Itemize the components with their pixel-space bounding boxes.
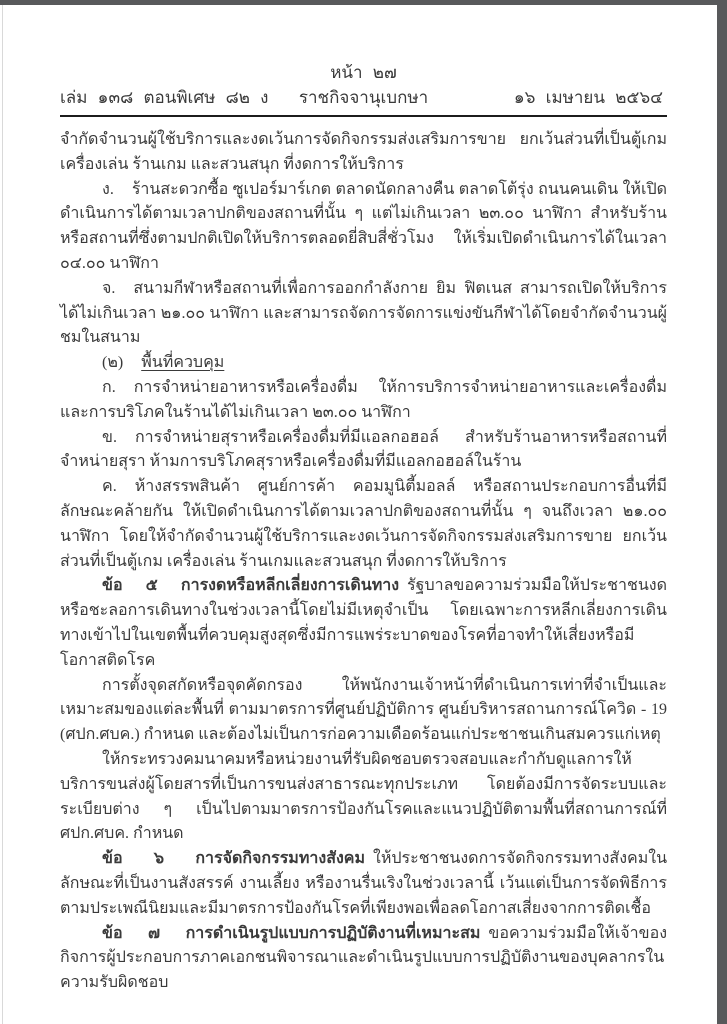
paragraph-text: การจำหน่ายสุราหรือเครื่องดื่มที่มีแอลกอฮ… xyxy=(60,429,667,471)
paragraph-text: การตั้งจุดสกัดหรือจุดคัดกรอง ให้พนักงานเ… xyxy=(60,677,667,744)
paragraph-text: ห้างสรรพสินค้า ศูนย์การค้า คอมมูนิตี้มอล… xyxy=(60,478,667,569)
clause-item-ngo: ง.ร้านสะดวกซื้อ ซูเปอร์มาร์เกต ตลาดนัดกล… xyxy=(60,178,667,277)
document-body: จำกัดจำนวนผู้ใช้บริการและงดเว้นการจัดกิจ… xyxy=(60,128,667,996)
gazette-page: { "header": { "page_label": "หน้า ๒๗", "… xyxy=(0,0,727,1024)
scan-left-hairline xyxy=(2,5,3,1024)
clause-item-khokhwai: ค.ห้างสรรพสินค้า ศูนย์การค้า คอมมูนิตี้ม… xyxy=(60,475,667,574)
article-6: ข้อ ๖ การจัดกิจกรรมทางสังคมให้ประชาชนงดก… xyxy=(60,847,667,921)
item-label: (๒) xyxy=(102,354,123,371)
page-number-label: หน้า ๒๗ xyxy=(60,62,667,84)
item-label: ค. xyxy=(102,478,117,495)
article-heading: ข้อ ๗ การดำเนินรูปแบบการปฏิบัติงานที่เหม… xyxy=(102,925,480,942)
item-label: ก. xyxy=(102,379,116,396)
article-heading: ข้อ ๕ การงดหรือหลีกเลี่ยงการเดินทาง xyxy=(102,577,399,594)
paragraph-text: จำกัดจำนวนผู้ใช้บริการและงดเว้นการจัดกิจ… xyxy=(60,131,667,173)
paragraph-continuation: จำกัดจำนวนผู้ใช้บริการและงดเว้นการจัดกิจ… xyxy=(60,128,667,178)
document-page: หน้า ๒๗ เล่ม ๑๓๘ ตอนพิเศษ ๘๒ ง ราชกิจจาน… xyxy=(60,0,667,996)
gazette-header-row: เล่ม ๑๓๘ ตอนพิเศษ ๘๒ ง ราชกิจจานุเบกษา ๑… xyxy=(60,86,667,110)
clause-item-ko: ก.การจำหน่ายอาหารหรือเครื่องดื่ม ให้การบ… xyxy=(60,376,667,426)
item-label: จ. xyxy=(102,280,115,297)
paragraph-text: ร้านสะดวกซื้อ ซูเปอร์มาร์เกต ตลาดนัดกลาง… xyxy=(60,181,667,272)
underlined-heading: พื้นที่ควบคุม xyxy=(141,354,224,371)
scan-right-edge xyxy=(717,0,727,1024)
section-heading-controlled-area: (๒)พื้นที่ควบคุม xyxy=(60,351,667,376)
header-divider-rule xyxy=(60,115,667,117)
article-heading: ข้อ ๖ การจัดกิจกรรมทางสังคม xyxy=(102,850,365,867)
paragraph-text: ให้กระทรวงคมนาคมหรือหน่วยงานที่รับผิดชอบ… xyxy=(60,751,667,842)
paragraph-checkpoints: การตั้งจุดสกัดหรือจุดคัดกรอง ให้พนักงานเ… xyxy=(60,674,667,748)
clause-item-cho: จ.สนามกีฬาหรือสถานที่เพื่อการออกกำลังกาย… xyxy=(60,277,667,351)
paragraph-text: สนามกีฬาหรือสถานที่เพื่อการออกกำลังกาย ย… xyxy=(60,280,667,347)
publication-date: ๑๖ เมษายน ๒๕๖๔ xyxy=(514,86,663,110)
paragraph-text: การจำหน่ายอาหารหรือเครื่องดื่ม ให้การบริ… xyxy=(60,379,667,421)
item-label: ข. xyxy=(102,429,117,446)
article-5: ข้อ ๕ การงดหรือหลีกเลี่ยงการเดินทางรัฐบา… xyxy=(60,574,667,673)
paragraph-transport: ให้กระทรวงคมนาคมหรือหน่วยงานที่รับผิดชอบ… xyxy=(60,748,667,847)
clause-item-kho: ข.การจำหน่ายสุราหรือเครื่องดื่มที่มีแอลก… xyxy=(60,426,667,476)
article-7: ข้อ ๗ การดำเนินรูปแบบการปฏิบัติงานที่เหม… xyxy=(60,922,667,996)
item-label: ง. xyxy=(102,181,114,198)
